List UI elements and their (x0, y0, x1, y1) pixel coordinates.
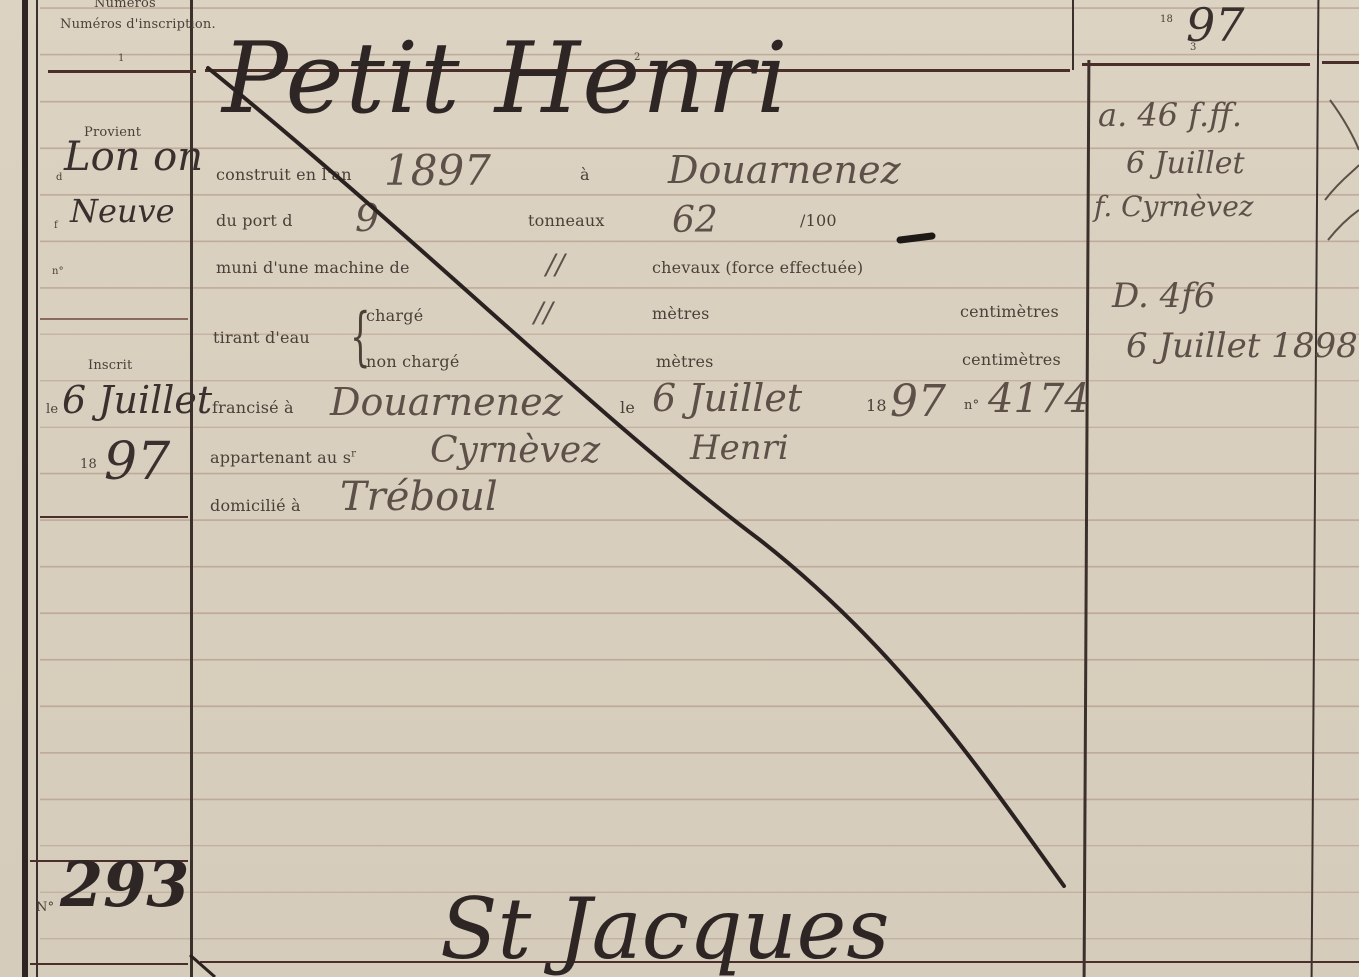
next-entry-diagonal-start (190, 955, 215, 977)
strikethrough-overlay (0, 0, 1359, 977)
col4-handwriting-fragment (1330, 100, 1359, 150)
registry-page: Numéros Numéros d'inscription. 1 Provien… (0, 0, 1359, 977)
col4-handwriting-fragment (1325, 165, 1359, 200)
col4-handwriting-fragment (1328, 210, 1359, 240)
ink-blot (900, 236, 932, 240)
cancellation-diagonal-line (208, 68, 1064, 886)
